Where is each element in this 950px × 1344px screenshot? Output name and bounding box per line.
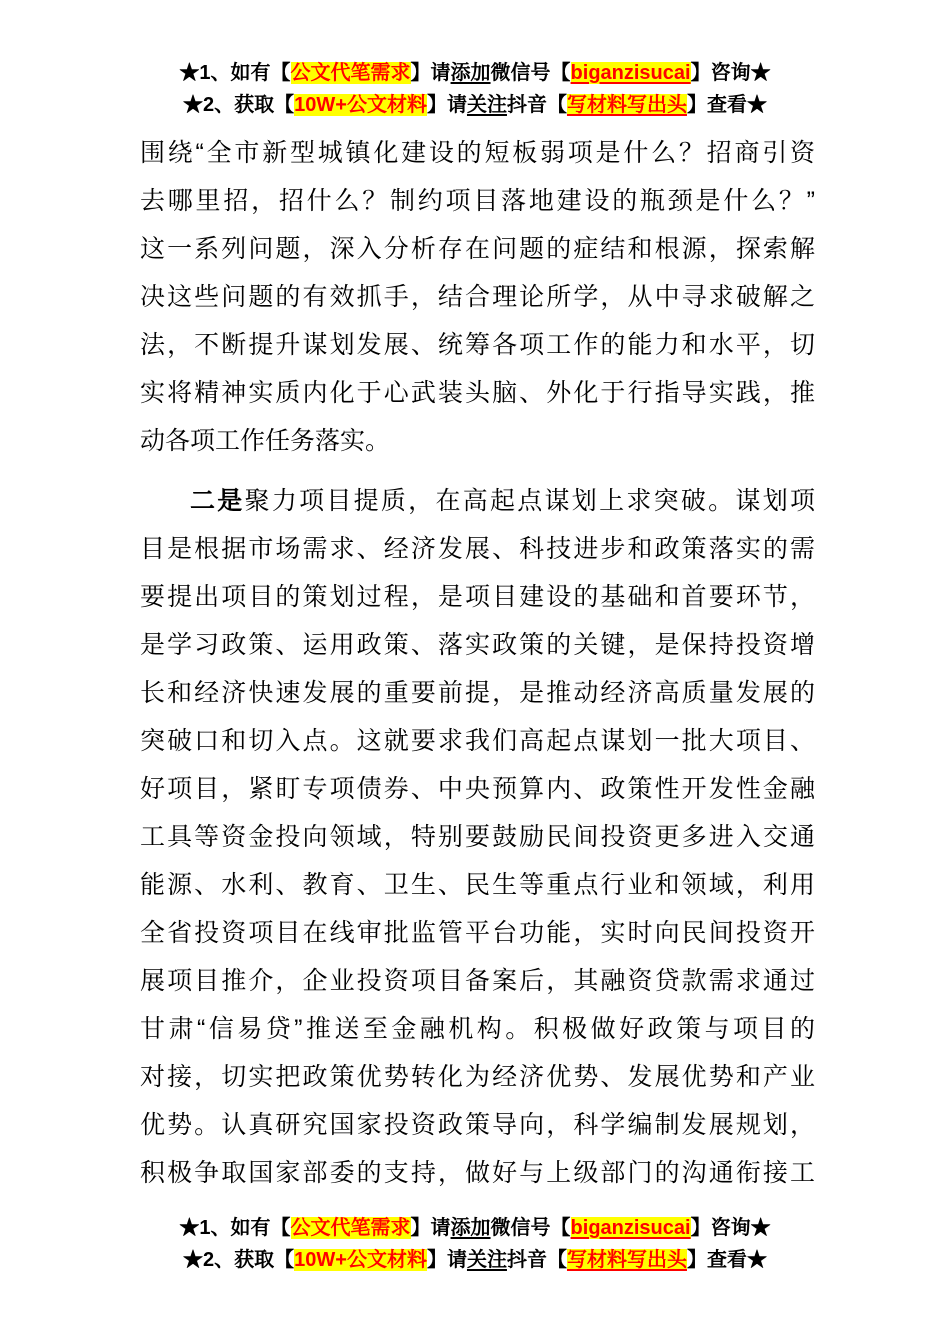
underlined-text: 添加	[451, 1217, 491, 1239]
highlighted-text: 10W+公文材料	[294, 1249, 427, 1271]
text-line: 对接，切实把政策优势转化为经济优势、发展优势和产业	[140, 1053, 815, 1101]
banner-text: 】请	[427, 1249, 467, 1271]
banner-text: 】咨询★	[691, 1217, 771, 1239]
text-line: 这一系列问题，深入分析存在问题的症结和根源，探索解	[140, 225, 815, 273]
document-page: ★1、如有【公文代笔需求】请添加微信号【biganzisucai】咨询★ ★2、…	[0, 0, 950, 1344]
line-text: 动各项工作任务落实。	[140, 427, 390, 455]
text-line: 法，不断提升谋划发展、统筹各项工作的能力和水平，切	[140, 321, 815, 369]
line-text: 全省投资项目在线审批监管平台功能，实时向民间投资开	[140, 919, 815, 947]
line-text: 积极争取国家部委的支持，做好与上级部门的沟通衔接工	[140, 1159, 815, 1187]
line-text: 法，不断提升谋划发展、统筹各项工作的能力和水平，切	[140, 331, 815, 359]
line-text: 对接，切实把政策优势转化为经济优势、发展优势和产业	[140, 1063, 815, 1091]
banner-text: ★2、获取【	[183, 94, 294, 116]
line-text: 实将精神实质内化于心武装头脑、外化于行指导实践，推	[140, 379, 815, 407]
highlighted-underlined-text: 写材料写出头	[567, 94, 687, 116]
line-text: 目是根据市场需求、经济发展、科技进步和政策落实的需	[140, 535, 815, 563]
line-text: 工具等资金投向领域，特别要鼓励民间投资更多进入交通	[140, 823, 815, 851]
text-line: 积极争取国家部委的支持，做好与上级部门的沟通衔接工	[140, 1149, 815, 1197]
underlined-text: 关注	[467, 94, 507, 116]
text-line: 是学习政策、运用政策、落实政策的关键，是保持投资增	[140, 621, 815, 669]
text-line: 突破口和切入点。这就要求我们高起点谋划一批大项目、	[140, 717, 815, 765]
header-banner: ★1、如有【公文代笔需求】请添加微信号【biganzisucai】咨询★ ★2、…	[0, 0, 950, 121]
line-text: 能源、水利、教育、卫生、民生等重点行业和领域，利用	[140, 871, 815, 899]
text-line: 决这些问题的有效抓手，结合理论所学，从中寻求破解之	[140, 273, 815, 321]
banner-line-2: ★2、获取【10W+公文材料】请关注抖音【写材料写出头】查看★	[0, 89, 950, 121]
line-text: 甘肃“信易贷”推送至金融机构。积极做好政策与项目的	[140, 1015, 815, 1043]
highlighted-text: 公文代笔需求	[291, 1217, 411, 1239]
line-text: 要提出项目的策划过程，是项目建设的基础和首要环节，	[140, 583, 815, 611]
text-line: 要提出项目的策划过程，是项目建设的基础和首要环节，	[140, 573, 815, 621]
line-text: 去哪里招，招什么？制约项目落地建设的瓶颈是什么？”	[140, 187, 815, 215]
text-line: 目是根据市场需求、经济发展、科技进步和政策落实的需	[140, 525, 815, 573]
underlined-text: 添加	[451, 62, 491, 84]
text-line: 去哪里招，招什么？制约项目落地建设的瓶颈是什么？”	[140, 177, 815, 225]
line-text: 优势。认真研究国家投资政策导向，科学编制发展规划，	[140, 1111, 815, 1139]
banner-text: 】请	[411, 1217, 451, 1239]
text-line: 好项目，紧盯专项债券、中央预算内、政策性开发性金融	[140, 765, 815, 813]
paragraph: 二是聚力项目提质，在高起点谋划上求突破。谋划项目是根据市场需求、经济发展、科技进…	[140, 477, 815, 1197]
line-text: 围绕“全市新型城镇化建设的短板弱项是什么？招商引资	[140, 139, 815, 167]
line-text: 决这些问题的有效抓手，结合理论所学，从中寻求破解之	[140, 283, 815, 311]
highlighted-underlined-text: biganzisucai	[571, 62, 691, 84]
banner-text: 微信号【	[491, 1217, 571, 1239]
banner-line-1: ★1、如有【公文代笔需求】请添加微信号【biganzisucai】咨询★	[0, 57, 950, 89]
line-text: 好项目，紧盯专项债券、中央预算内、政策性开发性金融	[140, 775, 815, 803]
line-text: 这一系列问题，深入分析存在问题的症结和根源，探索解	[140, 235, 815, 263]
footer-banner: ★1、如有【公文代笔需求】请添加微信号【biganzisucai】咨询★ ★2、…	[0, 1212, 950, 1276]
paragraph: 围绕“全市新型城镇化建设的短板弱项是什么？招商引资去哪里招，招什么？制约项目落地…	[140, 129, 815, 465]
text-line: 优势。认真研究国家投资政策导向，科学编制发展规划，	[140, 1101, 815, 1149]
text-line: 实将精神实质内化于心武装头脑、外化于行指导实践，推	[140, 369, 815, 417]
banner-text: 】请	[427, 94, 467, 116]
text-line: 长和经济快速发展的重要前提，是推动经济高质量发展的	[140, 669, 815, 717]
text-line: 能源、水利、教育、卫生、民生等重点行业和领域，利用	[140, 861, 815, 909]
banner-text: 抖音【	[507, 94, 567, 116]
text-line: 工具等资金投向领域，特别要鼓励民间投资更多进入交通	[140, 813, 815, 861]
text-line: 全省投资项目在线审批监管平台功能，实时向民间投资开	[140, 909, 815, 957]
line-text: 突破口和切入点。这就要求我们高起点谋划一批大项目、	[140, 727, 815, 755]
text-line: 动各项工作任务落实。	[140, 417, 815, 465]
banner-text: 】请	[411, 62, 451, 84]
banner-text: ★1、如有【	[179, 1217, 290, 1239]
banner-text: 】咨询★	[691, 62, 771, 84]
banner-text: 】查看★	[687, 94, 767, 116]
text-line: 围绕“全市新型城镇化建设的短板弱项是什么？招商引资	[140, 129, 815, 177]
line-text: 展项目推介，企业投资项目备案后，其融资贷款需求通过	[140, 967, 815, 995]
line-text: 是学习政策、运用政策、落实政策的关键，是保持投资增	[140, 631, 815, 659]
banner-text: 微信号【	[491, 62, 571, 84]
line-text: 长和经济快速发展的重要前提，是推动经济高质量发展的	[140, 679, 815, 707]
text-line: 甘肃“信易贷”推送至金融机构。积极做好政策与项目的	[140, 1005, 815, 1053]
underlined-text: 关注	[467, 1249, 507, 1271]
text-line: 二是聚力项目提质，在高起点谋划上求突破。谋划项	[140, 477, 815, 525]
banner-text: 】查看★	[687, 1249, 767, 1271]
banner-text: ★2、获取【	[183, 1249, 294, 1271]
highlighted-underlined-text: 写材料写出头	[567, 1249, 687, 1271]
highlighted-text: 10W+公文材料	[294, 94, 427, 116]
banner-line-2: ★2、获取【10W+公文材料】请关注抖音【写材料写出头】查看★	[0, 1244, 950, 1276]
banner-text: ★1、如有【	[179, 62, 290, 84]
banner-line-1: ★1、如有【公文代笔需求】请添加微信号【biganzisucai】咨询★	[0, 1212, 950, 1244]
banner-text: 抖音【	[507, 1249, 567, 1271]
document-body: 围绕“全市新型城镇化建设的短板弱项是什么？招商引资去哪里招，招什么？制约项目落地…	[140, 129, 815, 1197]
text-line: 展项目推介，企业投资项目备案后，其融资贷款需求通过	[140, 957, 815, 1005]
highlighted-text: 公文代笔需求	[291, 62, 411, 84]
highlighted-underlined-text: biganzisucai	[571, 1217, 691, 1239]
line-text: 聚力项目提质，在高起点谋划上求突破。谋划项	[245, 487, 815, 515]
bold-lead-text: 二是	[190, 487, 245, 515]
